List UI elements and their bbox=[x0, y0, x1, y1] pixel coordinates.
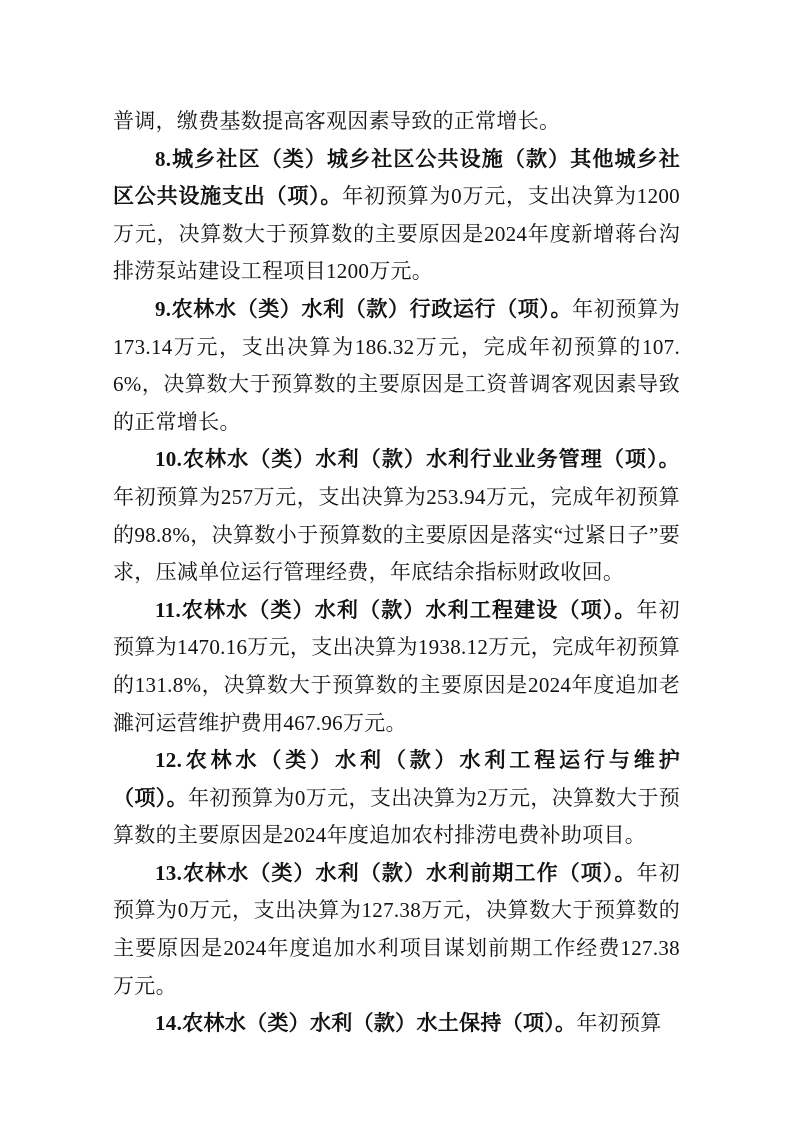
paragraph-body: 普调，缴费基数提高客观因素导致的正常增长。 bbox=[113, 109, 560, 133]
paragraph-item-10: 10.农林水（类）水利（款）水利行业业务管理（项）。年初预算为257万元，支出决… bbox=[113, 441, 680, 591]
paragraph-heading: 13.农林水（类）水利（款）水利前期工作（项）。 bbox=[155, 861, 637, 885]
paragraph-heading: 11.农林水（类）水利（款）水利工程建设（项）。 bbox=[155, 598, 637, 622]
paragraph-heading: 14.农林水（类）水利（款）水土保持（项）。 bbox=[155, 1011, 576, 1035]
paragraph-item-12: 12.农林水（类）水利（款）水利工程运行与维护（项）。年初预算为0万元，支出决算… bbox=[113, 742, 680, 855]
paragraph-continuation: 普调，缴费基数提高客观因素导致的正常增长。 bbox=[113, 103, 680, 141]
paragraph-item-11: 11.农林水（类）水利（款）水利工程建设（项）。年初预算为1470.16万元，支… bbox=[113, 592, 680, 742]
paragraph-item-9: 9.农林水（类）水利（款）行政运行（项）。年初预算为173.14万元，支出决算为… bbox=[113, 291, 680, 441]
paragraph-body: 年初预算为257万元，支出决算为253.94万元，完成年初预算的98.8%，决算… bbox=[113, 485, 680, 584]
paragraph-item-14: 14.农林水（类）水利（款）水土保持（项）。年初预算 bbox=[113, 1005, 680, 1043]
paragraph-item-8: 8.城乡社区（类）城乡社区公共设施（款）其他城乡社区公共设施支出（项）。年初预算… bbox=[113, 141, 680, 291]
document-page: 普调，缴费基数提高客观因素导致的正常增长。 8.城乡社区（类）城乡社区公共设施（… bbox=[0, 0, 793, 1122]
paragraph-item-13: 13.农林水（类）水利（款）水利前期工作（项）。年初预算为0万元，支出决算为12… bbox=[113, 855, 680, 1005]
paragraph-heading: 10.农林水（类）水利（款）水利行业业务管理（项）。 bbox=[155, 447, 680, 471]
paragraph-body: 年初预算为0万元，支出决算为2万元，决算数大于预算数的主要原因是2024年度追加… bbox=[113, 786, 680, 848]
paragraph-heading: 9.农林水（类）水利（款）行政运行（项）。 bbox=[155, 297, 572, 321]
paragraph-body: 年初预算 bbox=[576, 1011, 661, 1035]
document-text-column: 普调，缴费基数提高客观因素导致的正常增长。 8.城乡社区（类）城乡社区公共设施（… bbox=[113, 103, 680, 1043]
